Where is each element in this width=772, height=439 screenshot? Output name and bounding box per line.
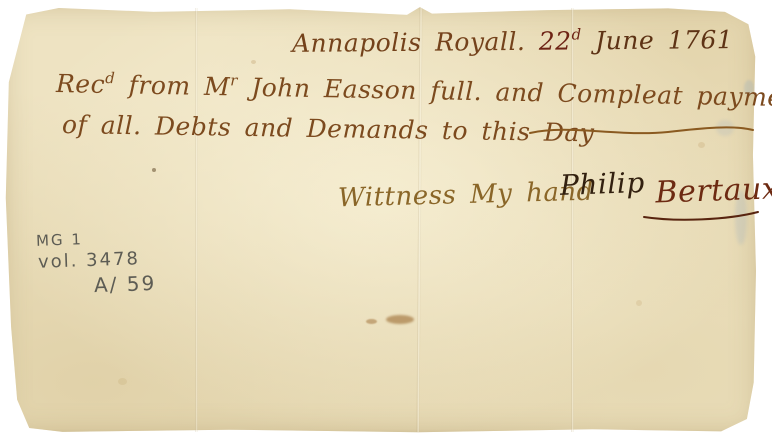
ink-stain: [386, 315, 414, 324]
received-superscript: d: [105, 69, 115, 87]
dateline: Annapolis Royall. 22d June 1761: [292, 24, 733, 58]
paper-speck: [251, 60, 256, 64]
received-abbrev: Rec: [56, 69, 106, 99]
fold-crease-right: [571, 8, 574, 432]
archival-note-volume: vol. 3478: [38, 248, 141, 273]
archival-note-collection: MG 1: [36, 230, 83, 250]
ink-stain: [366, 319, 377, 324]
foxing-spot: [118, 378, 127, 385]
flourish-line: [528, 118, 756, 144]
dateline-place: Annapolis Royall.: [292, 27, 539, 58]
foxing-spot: [636, 300, 642, 306]
dateline-day: 22: [539, 26, 572, 55]
signature-underline-flourish: [642, 208, 762, 224]
signature-first-name: Philip: [559, 165, 659, 201]
from-mister: from M: [115, 70, 230, 101]
signature-last-name: Bertaux: [655, 171, 772, 210]
signature: Philip Bertaux: [559, 160, 772, 203]
dateline-day-superscript: d: [571, 25, 581, 43]
dateline-month-year: June 1761: [582, 25, 734, 55]
paper-speck: [152, 168, 156, 172]
scanned-receipt-image: Annapolis Royall. 22d June 1761 Recd fro…: [0, 0, 772, 439]
archival-note-item-number: A/ 59: [94, 271, 157, 297]
